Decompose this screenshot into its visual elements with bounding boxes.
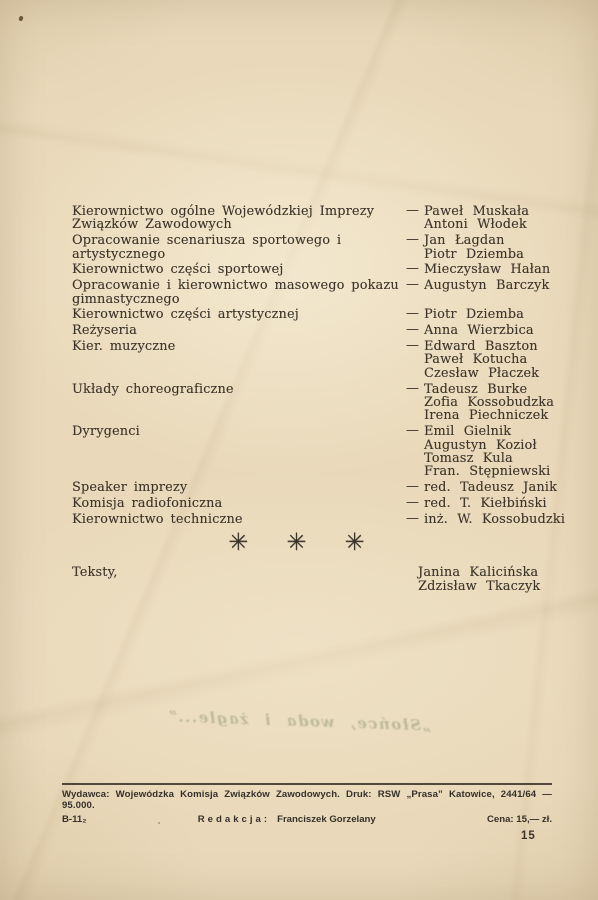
credit-label: Opracowanie i kierownictwo masowego poka… [72,279,406,306]
credit-row: Kierownictwo ogólne Wojewódzkiej Imprezy… [72,205,543,232]
credit-name: Fran. Stępniewski [424,465,550,478]
credits-list: Kierownictwo ogólne Wojewódzkiej Imprezy… [72,205,543,526]
dash: — [406,307,419,320]
credit-name: red. T. Kiełbiński [424,497,547,510]
print-code: B-11₂ [62,814,87,825]
credit-label: Reżyseria [72,324,406,337]
credit-label: Kierownictwo techniczne [72,513,406,526]
credit-name: Tomasz Kula [424,452,550,465]
credit-label: Kierownictwo ogólne Wojewódzkiej Imprezy… [72,205,406,232]
credit-names: — Paweł MuskałaAntoni Włodek [406,205,543,232]
credit-names: — red. Tadeusz Janik [406,481,557,494]
credit-name: Paweł Muskała [424,205,543,218]
texts-names: Janina Kalicińska Zdzisław Tkaczyk [406,566,543,593]
credit-row: Opracowanie scenariusza sportowego i art… [72,234,543,261]
credit-names: — Piotr Dziemba [406,308,543,321]
paper-speck [18,15,23,21]
dash: — [406,424,419,437]
credit-name: Piotr Dziemba [424,248,543,261]
credit-names: — Mieczysław Hałan [406,263,550,276]
imprint-second-line: B-11₂ Redakcja:Franciszek Gorzelany Cena… [62,814,552,825]
credit-name: Irena Piechniczek [424,409,554,422]
texts-label: Teksty, [72,566,406,593]
credit-name: Jan Łagdan [424,234,543,247]
credit-names: — Emil GielnikAugustyn KoziołTomasz Kula… [406,425,550,479]
credit-name: Zdzisław Tkaczyk [418,580,543,593]
page-number: 15 [521,830,536,842]
credit-names: — Jan ŁagdanPiotr Dziemba [406,234,543,261]
credit-row: Reżyseria — Anna Wierzbica [72,324,543,337]
credit-name: red. Tadeusz Janik [424,481,557,494]
dash: — [406,204,419,217]
credit-names: — Anna Wierzbica [406,324,543,337]
credit-name: Edward Baszton [424,340,543,353]
publisher-line: Wydawca: Wojewódzka Komisja Związków Zaw… [62,789,552,811]
dash: — [406,278,419,291]
credit-row: Speaker imprezy — red. Tadeusz Janik [72,481,543,494]
credit-name: Czesław Płaczek [424,367,543,380]
credit-label: Komisja radiofoniczna [72,497,406,510]
show-through-mirrored-text: „Słońce, woda i żagle...” [0,702,598,741]
credit-label: Kier. muzyczne [72,340,406,380]
credit-name: Augustyn Barczyk [424,279,549,292]
credit-names: — inż. W. Kossobudzki [406,513,565,526]
credit-name: Tadeusz Burke [424,383,554,396]
price: Cena: 15,— zł. [487,814,552,825]
credit-row: Kierownictwo części sportowej — Mieczysł… [72,263,543,276]
credit-label: Układy choreograficzne [72,383,406,423]
dash: — [406,339,419,352]
dash: — [406,512,419,525]
dash: — [406,233,419,246]
credit-name: Janina Kalicińska [418,566,543,579]
credit-row: Kierownictwo części artystycznej — Piotr… [72,308,543,321]
credit-name: Piotr Dziemba [424,308,543,321]
credit-name: Augustyn Kozioł [424,439,550,452]
credit-name: Zofia Kossobudzka [424,396,554,409]
credit-row: Komisja radiofoniczna — red. T. Kiełbińs… [72,497,543,510]
redakcja: Redakcja:Franciszek Gorzelany [198,814,376,825]
texts-row: Teksty, Janina Kalicińska Zdzisław Tkacz… [72,566,543,593]
credit-label: Opracowanie scenariusza sportowego i art… [72,234,406,261]
credit-name: Emil Gielnik [424,425,550,438]
redakcja-label: Redakcja: [198,814,270,825]
dash: — [406,262,419,275]
credit-row: Dyrygenci — Emil GielnikAugustyn KoziołT… [72,425,543,479]
credits-content: Kierownictwo ogólne Wojewódzkiej Imprezy… [72,205,543,593]
imprint-footer: Wydawca: Wojewódzka Komisja Związków Zaw… [62,783,552,825]
dash: — [406,496,419,509]
dash: — [406,480,419,493]
credit-name: Antoni Włodek [424,218,543,231]
section-separator-stars: ✳ ✳ ✳ [72,530,543,554]
credit-row: Kierownictwo techniczne — inż. W. Kossob… [72,513,543,526]
credit-label: Dyrygenci [72,425,406,479]
credit-label: Kierownictwo części artystycznej [72,308,406,321]
credit-names: — red. T. Kiełbiński [406,497,547,510]
credit-names: — Tadeusz BurkeZofia KossobudzkaIrena Pi… [406,383,554,423]
credit-name: Anna Wierzbica [424,324,543,337]
credit-names: — Edward BasztonPaweł KotuchaCzesław Pła… [406,340,543,380]
credit-row: Opracowanie i kierownictwo masowego poka… [72,279,543,306]
credit-label: Kierownictwo części sportowej [72,263,406,276]
scanned-program-page: Kierownictwo ogólne Wojewódzkiej Imprezy… [0,0,598,900]
redakcja-name: Franciszek Gorzelany [277,814,376,825]
credit-name: Paweł Kotucha [424,353,543,366]
credit-row: Kier. muzyczne — Edward BasztonPaweł Kot… [72,340,543,380]
credit-label: Speaker imprezy [72,481,406,494]
dash: — [406,323,419,336]
credit-row: Układy choreograficzne — Tadeusz BurkeZo… [72,383,543,423]
dash: — [406,382,419,395]
credit-name: inż. W. Kossobudzki [424,513,565,526]
credit-names: — Augustyn Barczyk [406,279,549,306]
footer-rule [62,783,552,785]
credit-name: Mieczysław Hałan [424,263,550,276]
